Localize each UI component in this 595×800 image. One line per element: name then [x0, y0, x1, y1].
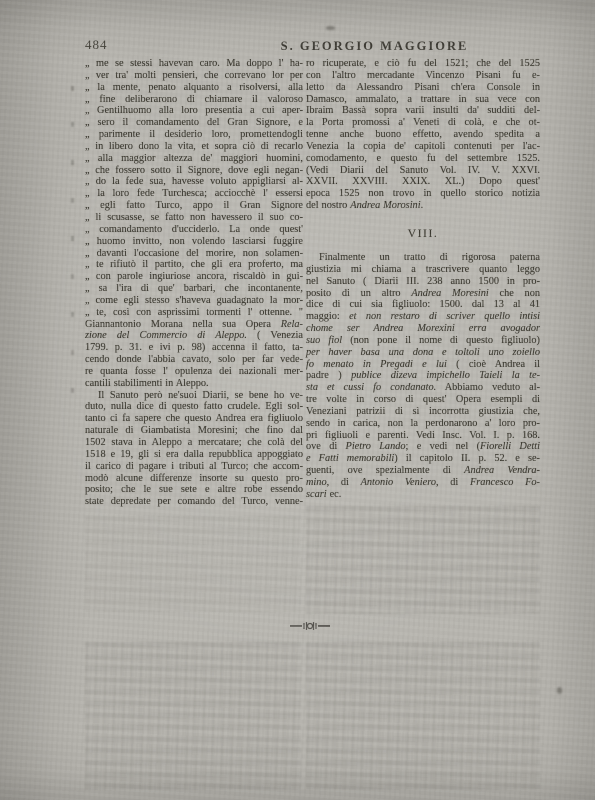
text-line: del nostro Andrea Morosini. — [306, 200, 540, 212]
text-line: „ sa l'ira di que' barbari, che incontan… — [85, 283, 303, 295]
text-line: „ egli fatto Turco, appo il Gran Signore — [85, 200, 303, 212]
text-line: cendo donde l'abbia cavato, solo per far… — [85, 354, 303, 366]
left-text-column: „ me se stessi havevan caro. Ma doppo l'… — [85, 58, 303, 508]
text-line: „ parimente il desiderio loro, prometten… — [85, 129, 303, 141]
running-title: S. GEORGIO MAGGIORE — [272, 39, 477, 54]
text-line: „ huomo invitto, non volendo lasciarsi f… — [85, 236, 303, 248]
text-line: e Fatti memorabili) il capitolo II. p. 5… — [306, 453, 540, 465]
text-line: la Porta promossi a' Veneti di colà, e c… — [306, 117, 540, 129]
section-heading: VIII. — [306, 226, 540, 240]
right-column-paragraph-1: ro ricuperate, e ciò fu del 1521; che de… — [306, 58, 540, 212]
text-line: XXVII. XXVIII. XXIX. XL.) Dopo quest' — [306, 176, 540, 188]
text-line: re quanta fosse l' opulenza dei nazional… — [85, 366, 303, 378]
text-line: maggio: et non restaro di scriver quello… — [306, 311, 540, 323]
text-line: „ comandamento d'ucciderlo. La onde ques… — [85, 224, 303, 236]
text-line: posito; che le sue sete e altre robe ess… — [85, 484, 303, 496]
text-line: state depredate per comando del Turco, v… — [85, 496, 303, 508]
show-through — [85, 516, 301, 612]
text-line: „ li scusasse, se fatto non havessero il… — [85, 212, 303, 224]
text-line: „ la mente, penato alquanto a risolversi… — [85, 82, 303, 94]
text-line: mino, di Antonio Veniero, di Francesco F… — [306, 477, 540, 489]
text-line: guenti, ove spezialmente di Andrea Vendr… — [306, 465, 540, 477]
show-through — [85, 642, 301, 790]
scan-edge-marks — [71, 86, 74, 91]
text-line: (Vedi Diarii del Sanuto Vol. IV. V. XXVI… — [306, 165, 540, 177]
text-line: „ Gentilhuomo alla loro presentia a cui … — [85, 105, 303, 117]
text-line: chome ser Andrea Morexini erra avogador — [306, 323, 540, 335]
text-line: comodamento, e questo fu del settembre 1… — [306, 153, 540, 165]
text-line: zione del Commercio di Aleppo. ( Venezia — [85, 330, 303, 342]
text-line: naturale di Giambatista Moresini; che fi… — [85, 425, 303, 437]
text-line: „ davanti l'occasione del morire, non so… — [85, 248, 303, 260]
text-line: 1502 stava in Aleppo a mercatare; che co… — [85, 437, 303, 449]
text-line: duto, nulla dice di questo fatto crudele… — [85, 401, 303, 413]
text-line: fo menato in Pregadi e lui ( cioè Andrea… — [306, 359, 540, 371]
text-line: „ come egli stesso s'haveva guadagnato l… — [85, 295, 303, 307]
text-line: ro ricuperate, e ciò fu del 1521; che de… — [306, 58, 540, 70]
text-line: „ che fossero sotto il Signore, dove egl… — [85, 165, 303, 177]
text-line: Venezia la copia de' capitoli contenuti … — [306, 141, 540, 153]
text-line: „ do la fede sua, havesse voluto appigli… — [85, 176, 303, 188]
text-line: padre ) publice dizeva impichello Taieli… — [306, 370, 540, 382]
text-line: Damasco, ammalato, a trattare in sua vec… — [306, 94, 540, 106]
ink-speck — [557, 687, 562, 694]
text-line: nel Sanuto ( Diarii III. 238 anno 1500 i… — [306, 276, 540, 288]
text-line: „ me se stessi havevan caro. Ma doppo l'… — [85, 58, 303, 70]
text-line: „ te rifiutò il partito, che gli era pro… — [85, 259, 303, 271]
text-line: „ in libero dono la vita, et sopra ciò d… — [85, 141, 303, 153]
text-line: dice di cui sia figliuolo: 1500. dal 13 … — [306, 299, 540, 311]
text-line: epoca 1525 non trovo in quello storico n… — [306, 188, 540, 200]
text-line: cantili stabilimenti in Aleppo. — [85, 378, 303, 390]
text-line: „ fine deliberarono di chiamare il valor… — [85, 94, 303, 106]
text-line: suo fiol (non pone il nome di questo fig… — [306, 335, 540, 347]
text-line: scari ec. — [306, 489, 540, 501]
text-line: tanto ci fa sapere che questo Andrea era… — [85, 413, 303, 425]
text-line: letto da Alessandro Pisani ch'era Consol… — [306, 82, 540, 94]
text-line: Finalmente un tratto di rigorosa paterna — [306, 252, 540, 264]
text-line: Veneziani patrizii di sì incorrotta gius… — [306, 406, 540, 418]
text-line: per haver basa una dona e toltoli uno zo… — [306, 347, 540, 359]
text-line: giustizia mi chiama a trascrivere quanto… — [306, 264, 540, 276]
text-line: „ te, così con asprissimi tormenti l' ot… — [85, 307, 303, 319]
text-line: posito di un altro Andrea Moresini che n… — [306, 288, 540, 300]
scanned-book-page: 484 S. GEORGIO MAGGIORE „ me se stessi h… — [0, 0, 595, 800]
text-line: 1799. p. 31. e ivi p. 98) accenna il fat… — [85, 342, 303, 354]
divider-ornament-icon — [290, 619, 330, 633]
ink-speck — [326, 26, 335, 30]
text-line: il carico di pagare i tributi al Turco; … — [85, 461, 303, 473]
text-line: „ ver tra' molti pensieri, che correvano… — [85, 70, 303, 82]
right-column-paragraph-2: Finalmente un tratto di rigorosa paterna… — [306, 252, 540, 501]
text-line: ove di Pietro Lando; e vedi nel (Fiorell… — [306, 441, 540, 453]
show-through — [306, 642, 540, 790]
text-line: „ con parole ingiuriose ancora, riscaldò… — [85, 271, 303, 283]
text-line: tre volte in corso di quest' Opera esemp… — [306, 394, 540, 406]
text-line: sta et cussi fo condanato. Abbiamo vedut… — [306, 382, 540, 394]
page-number: 484 — [85, 37, 108, 53]
text-line: sendo in carica, non la perdonarono a' l… — [306, 418, 540, 430]
text-line: 1518 e 19, gli si era dalla repubblica a… — [85, 449, 303, 461]
show-through — [306, 506, 540, 614]
text-line: tenne anche buono effetto, avendo spedit… — [306, 129, 540, 141]
text-line: pri figliuoli e parenti. Vedi Insc. Vol.… — [306, 430, 540, 442]
text-line: con l'altro mercadante Vincenzo Pisani f… — [306, 70, 540, 82]
text-line: „ la loro fede Turchesca; acciocchè l' e… — [85, 188, 303, 200]
text-line: „ alla maggior altezza de' maggiori huom… — [85, 153, 303, 165]
right-text-column: ro ricuperate, e ciò fu del 1521; che de… — [306, 58, 540, 501]
text-line: modò alcune differenze insorte su questo… — [85, 473, 303, 485]
text-line: Ibraim Bassà sopra varii insulti da' sud… — [306, 105, 540, 117]
text-line: Giannantonio Morana nella sua Opera Rela… — [85, 319, 303, 331]
text-line: „ sero il comandamento del Gran Signore,… — [85, 117, 303, 129]
text-line: Il Sanuto però ne'suoi Diarii, se bene h… — [85, 390, 303, 402]
